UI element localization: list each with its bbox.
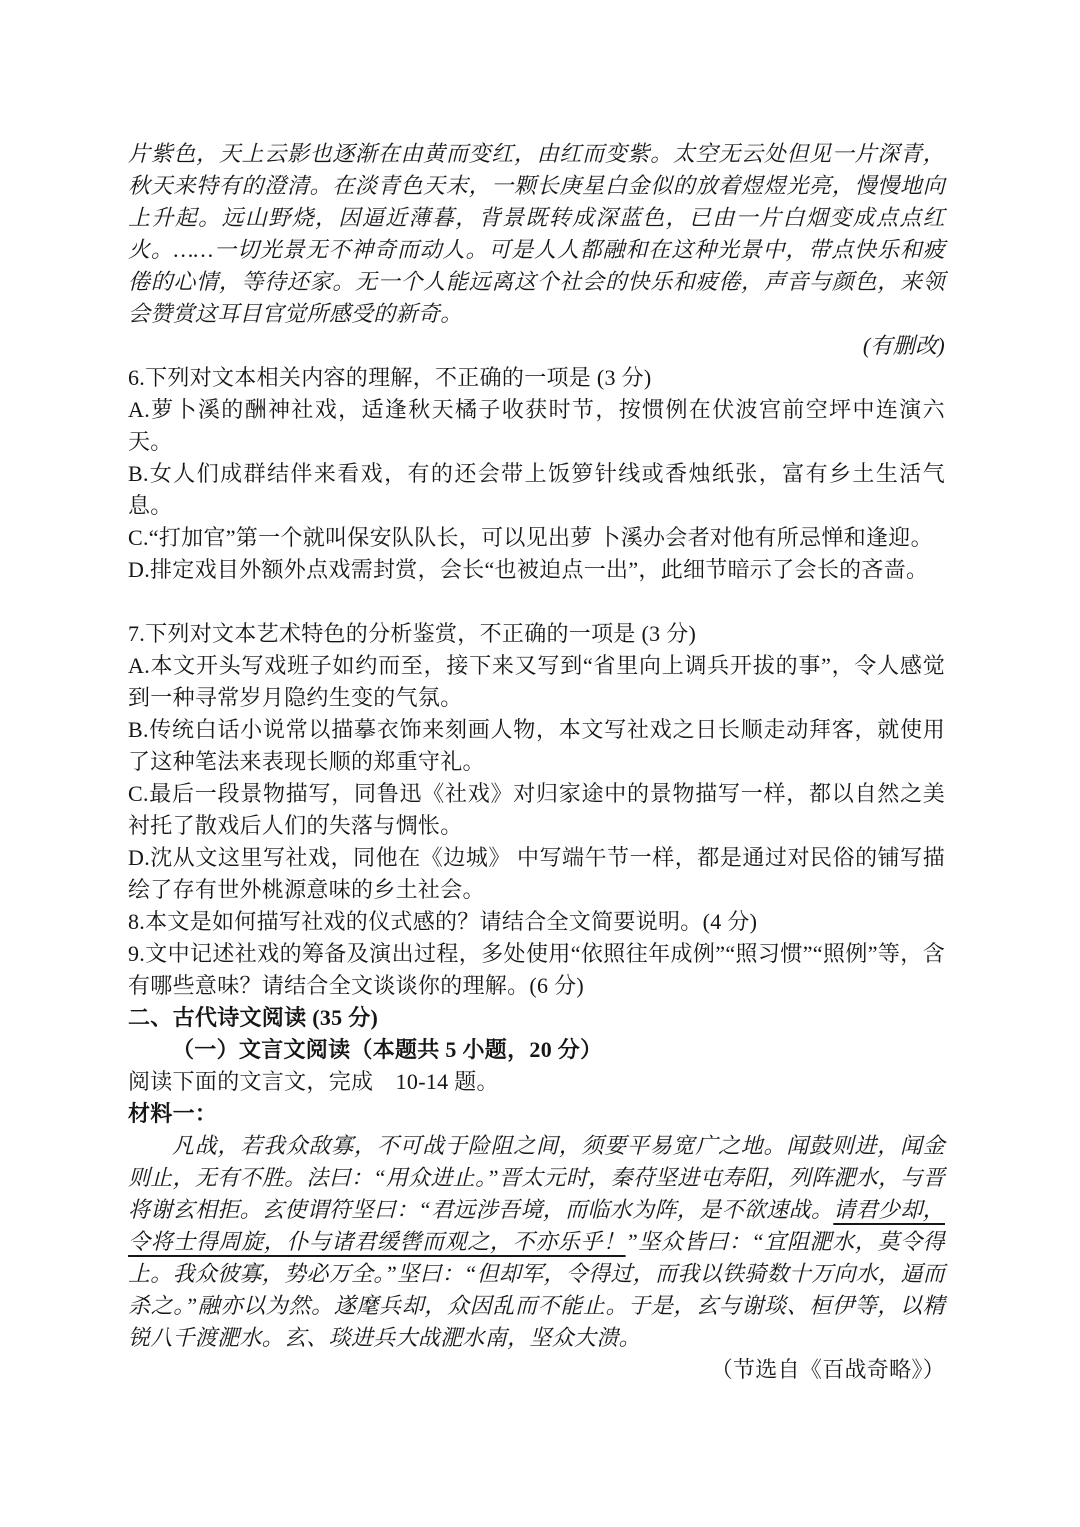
section-2-heading: 二、古代诗文阅读 (35 分) — [128, 1002, 945, 1034]
question-6-option-c: C.“打加官”第一个就叫保安队队长，可以见出萝 卜溪办会者对他有所忌惮和逢迎。 — [128, 522, 945, 554]
question-7: 7.下列对文本艺术特色的分析鉴赏，不正确的一项是 (3 分) A.本文开头写戏班… — [128, 618, 945, 906]
question-6-option-d: D.排定戏目外额外点戏需封赏，会长“也被迫点一出”，此细节暗示了会长的吝啬。 — [128, 554, 945, 586]
question-7-option-d: D.沈从文这里写社戏，同他在《边城》 中写端午节一样，都是通过对民俗的铺写描绘了… — [128, 842, 945, 906]
exam-page: 片紫色，天上云影也逐渐在由黄而变红，由红而变紫。太空无云处但见一片深青，秋天来特… — [0, 0, 1080, 1527]
question-6-option-b: B.女人们成群结伴来看戏，有的还会带上饭箩针线或香烛纸张，富有乡土生活气息。 — [128, 458, 945, 522]
question-7-stem: 7.下列对文本艺术特色的分析鉴赏，不正确的一项是 (3 分) — [128, 618, 945, 650]
question-7-option-b: B.传统白话小说常以描摹衣饰来刻画人物，本文写社戏之日长顺走动拜客，就使用了这种… — [128, 714, 945, 778]
material-1-pre-underline: 凡战，若我众敌寡，不可战于险阻之间，须要平易宽广之地。闻鼓则进，闻金则止，无有不… — [128, 1133, 945, 1222]
question-8-stem: 8.本文是如何描写社戏的仪式感的？请结合全文简要说明。(4 分) — [128, 906, 945, 938]
question-6-option-a: A.萝卜溪的酬神社戏，适逢秋天橘子收获时节，按惯例在伏波宫前空坪中连演六天。 — [128, 394, 945, 458]
material-1-label: 材料一： — [128, 1098, 945, 1130]
material-1-text: 凡战，若我众敌寡，不可战于险阻之间，须要平易宽广之地。闻鼓则进，闻金则止，无有不… — [128, 1130, 945, 1354]
reading-instruction: 阅读下面的文言文，完成 10-14 题。 — [128, 1066, 945, 1098]
section-2-subheading: （一）文言文阅读（本题共 5 小题，20 分） — [128, 1034, 945, 1066]
question-6-stem: 6.下列对文本相关内容的理解，不正确的一项是 (3 分) — [128, 362, 945, 394]
question-9-stem: 9.文中记述社戏的筹备及演出过程，多处使用“依照往年成例”“照习惯”“照例”等，… — [128, 938, 945, 1002]
material-1-source: （节选自《百战奇略》） — [128, 1354, 945, 1386]
question-6: 6.下列对文本相关内容的理解，不正确的一项是 (3 分) A.萝卜溪的酬神社戏，… — [128, 362, 945, 586]
blank-line — [128, 586, 945, 618]
question-7-option-c: C.最后一段景物描写，同鲁迅《社戏》对归家途中的景物描写一样，都以自然之美衬托了… — [128, 778, 945, 842]
question-7-option-a: A.本文开头写戏班子如约而至，接下来又写到“省里向上调兵开拔的事”，令人感觉到一… — [128, 650, 945, 714]
passage-excerpt: 片紫色，天上云影也逐渐在由黄而变红，由红而变紫。太空无云处但见一片深青，秋天来特… — [128, 138, 945, 330]
revision-note: (有删改) — [128, 330, 945, 362]
